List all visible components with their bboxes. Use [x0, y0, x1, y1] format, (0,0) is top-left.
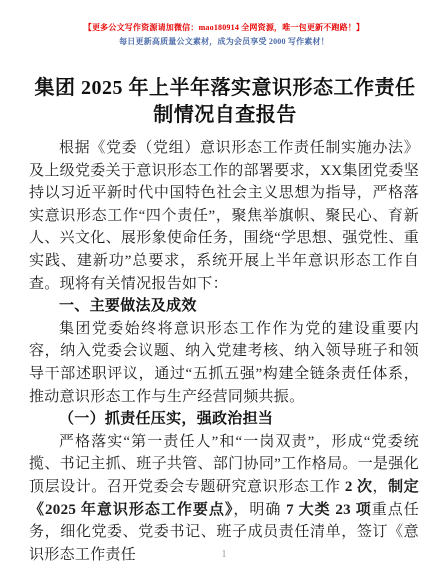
subsection-heading-responsibility: （一）抓责任压实，强政治担当: [29, 408, 419, 431]
document-title: 集团 2025 年上半年落实意识形态工作责任制情况自查报告: [29, 75, 421, 129]
promo-line-red: 【更多公文写作资源请加微信：mao180914 全网资源，唯一包更新不跑路！】: [29, 22, 419, 34]
promo-header: 【更多公文写作资源请加微信：mao180914 全网资源，唯一包更新不跑路！】 …: [29, 22, 419, 48]
paragraph-overview: 集团党委始终将意识形态工作作为党的建设重要内容，纳入党委会议题、纳入党建考核、纳…: [29, 318, 419, 408]
paragraph-responsibility-detail: 严格落实“第一责任人”和“一岗双责”，形成“党委统揽、书记主抓、班子共管、部门协…: [29, 431, 419, 567]
paragraph-intro: 根据《党委（党组）意识形态工作责任制实施办法》及上级党委关于意识形态工作的部署要…: [29, 137, 419, 295]
section-heading-main-practices: 一、主要做法及成效: [29, 295, 419, 318]
document-page: 【更多公文写作资源请加微信：mao180914 全网资源，唯一包更新不跑路！】 …: [0, 0, 448, 580]
promo-line-blue: 每日更新高质量公文素材，成为会员享受 2000 写作素材！: [29, 36, 419, 48]
page-number: 1: [0, 549, 448, 560]
